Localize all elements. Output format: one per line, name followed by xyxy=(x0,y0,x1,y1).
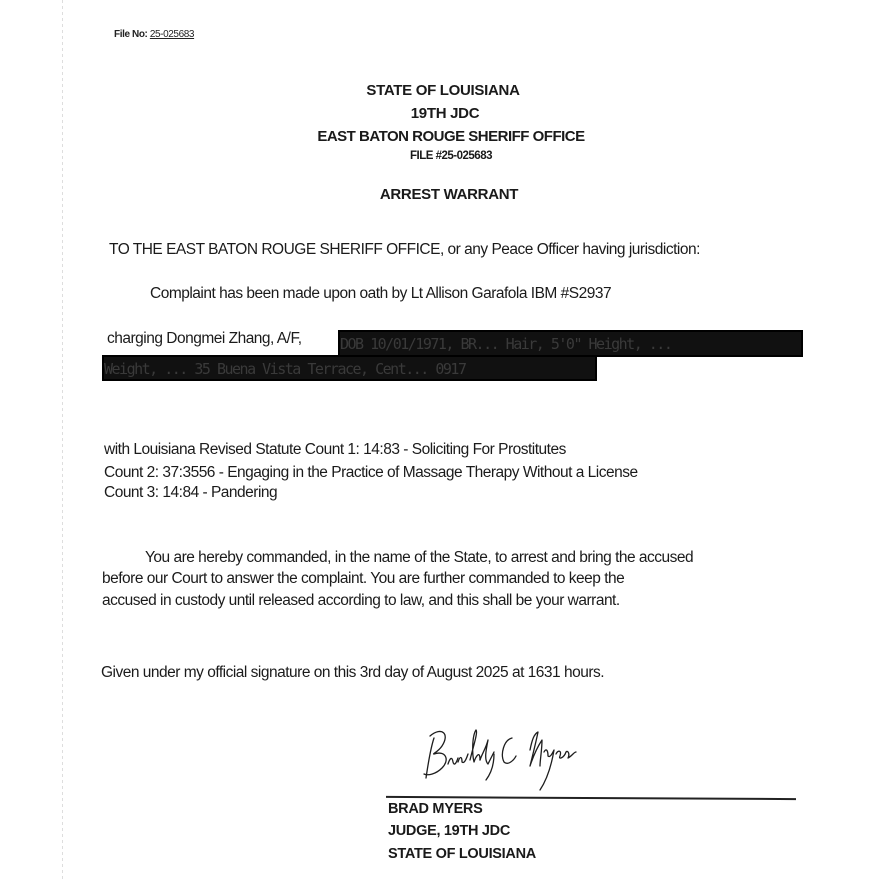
redacted-text: Weight, ... 35 Buena Vista Terrace, Cent… xyxy=(104,360,465,378)
redaction-block: Weight, ... 35 Buena Vista Terrace, Cent… xyxy=(102,355,597,381)
judge-signature xyxy=(420,720,600,795)
judge-name: BRAD MYERS xyxy=(388,801,482,817)
statute-count-3: Count 3: 14:84 - Pandering xyxy=(104,484,277,502)
judge-title: JUDGE, 19TH JDC xyxy=(388,823,510,839)
redacted-text: DOB 10/01/1971, BR... Hair, 5'0" Height,… xyxy=(340,335,671,353)
signature-line xyxy=(386,796,796,800)
header-state: STATE OF LOUISIANA xyxy=(12,82,874,99)
judge-jurisdiction: STATE OF LOUISIANA xyxy=(388,846,536,862)
command-paragraph-line: accused in custody until released accord… xyxy=(102,592,620,610)
document-title: ARREST WARRANT xyxy=(6,186,886,203)
header-file: FILE #25-025683 xyxy=(8,150,886,162)
file-number-value: 25-025683 xyxy=(150,29,194,40)
file-number: File No: 25-025683 xyxy=(114,29,194,40)
command-paragraph-line: before our Court to answer the complaint… xyxy=(102,570,624,588)
statute-count-2: Count 2: 37:3556 - Engaging in the Pract… xyxy=(104,464,638,482)
header-court: 19TH JDC xyxy=(14,105,876,122)
given-line: Given under my official signature on thi… xyxy=(101,664,604,682)
statute-count-1: with Louisiana Revised Statute Count 1: … xyxy=(104,441,566,459)
complaint-line: Complaint has been made upon oath by Lt … xyxy=(150,285,611,303)
charging-line: charging Dongmei Zhang, A/F, xyxy=(107,330,302,348)
command-paragraph-line: You are hereby commanded, in the name of… xyxy=(145,549,693,567)
header-office: EAST BATON ROUGE SHERIFF OFFICE xyxy=(8,128,886,145)
addressee-line: TO THE EAST BATON ROUGE SHERIFF OFFICE, … xyxy=(109,241,700,259)
redaction-block: DOB 10/01/1971, BR... Hair, 5'0" Height,… xyxy=(338,330,803,357)
file-number-label: File No: xyxy=(114,29,147,40)
